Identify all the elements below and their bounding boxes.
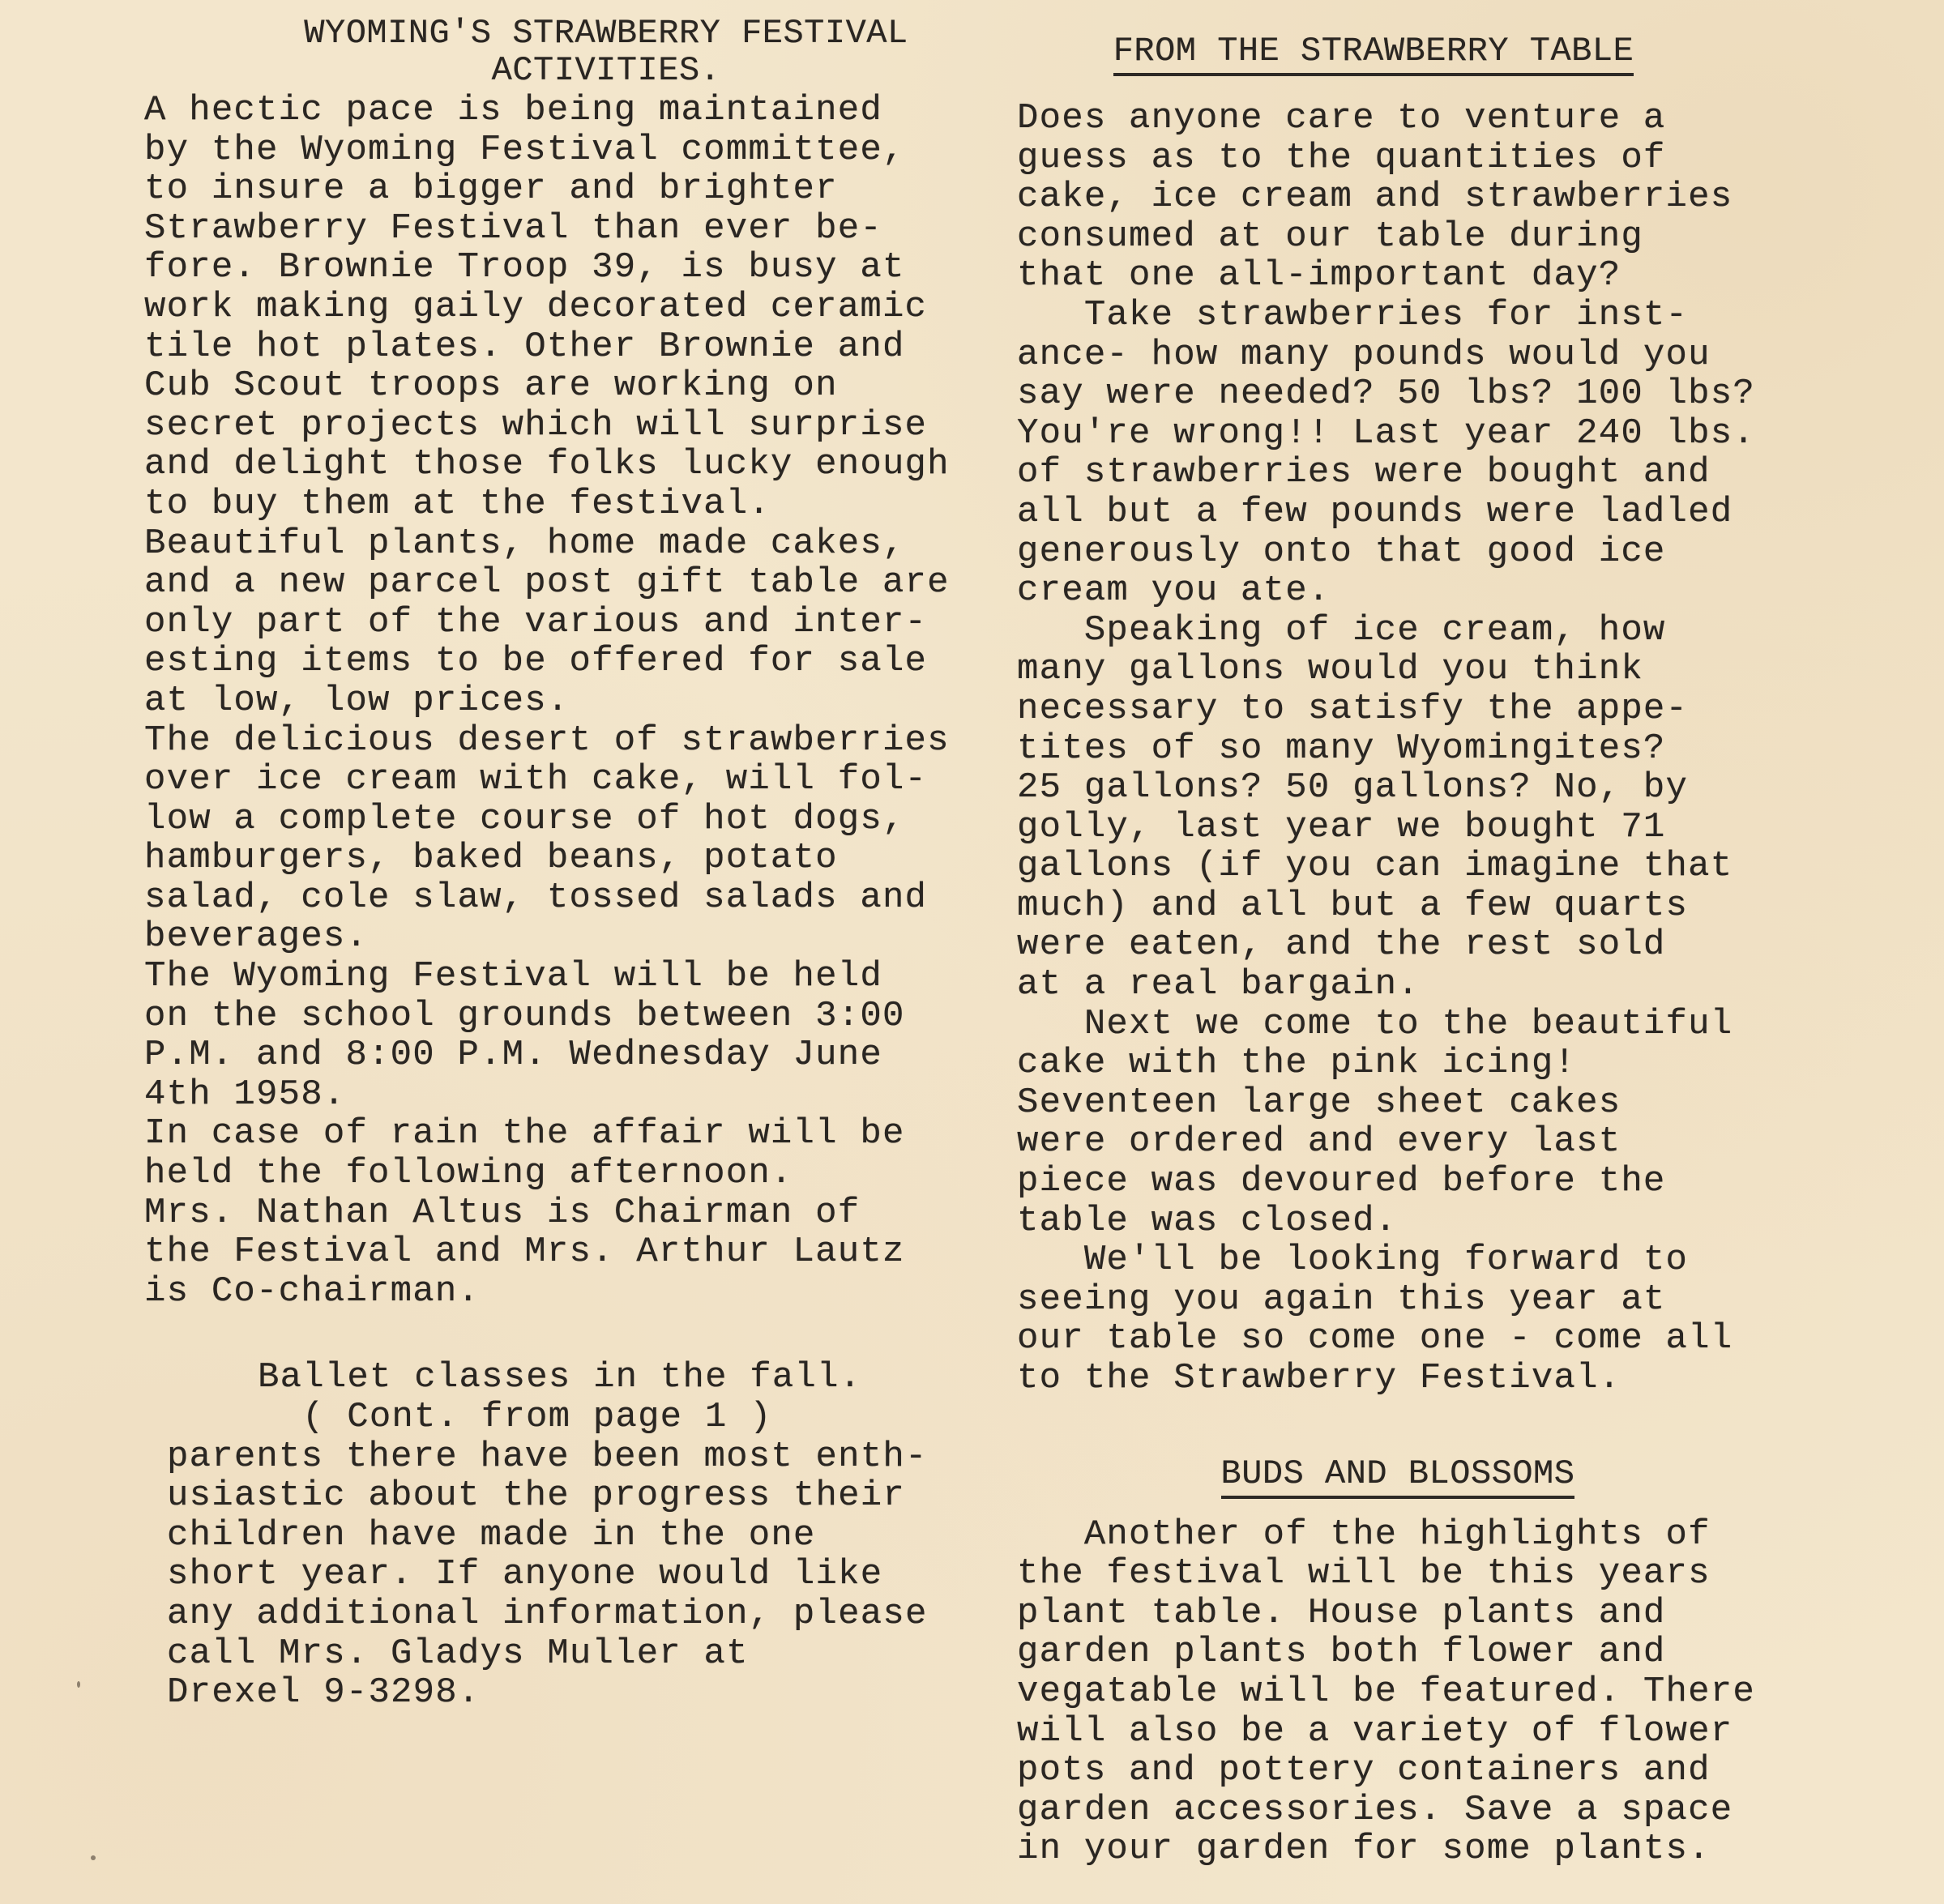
body-line: much) and all but a few quarts	[1017, 886, 1827, 926]
body-line: ance- how many pounds would you	[1017, 335, 1827, 375]
body-line: Strawberry Festival than ever be-	[144, 209, 1019, 249]
body-line: salad, cole slaw, tossed salads and	[144, 878, 1019, 918]
body-line: gallons (if you can imagine that	[1017, 847, 1827, 886]
body-line: any additional information, please	[167, 1594, 1019, 1634]
body-line: at low, low prices.	[144, 681, 1019, 721]
body-line: garden plants both flower and	[1017, 1633, 1827, 1672]
body-line: Speaking of ice cream, how	[1017, 611, 1827, 651]
body-line: A hectic pace is being maintained	[144, 91, 1019, 130]
body-line: guess as to the quantities of	[1017, 139, 1827, 178]
body-line: The Wyoming Festival will be held	[144, 957, 1019, 997]
body-line: call Mrs. Gladys Muller at	[167, 1634, 1019, 1674]
newsletter-page: WYOMING'S STRAWBERRY FESTIVAL ACTIVITIES…	[0, 0, 1944, 1904]
body-line: Mrs. Nathan Altus is Chairman of	[144, 1193, 1019, 1233]
right-column: FROM THE STRAWBERRY TABLE Does anyone ca…	[1017, 32, 1827, 1869]
body-line: Seventeen large sheet cakes	[1017, 1083, 1827, 1123]
left-column: WYOMING'S STRAWBERRY FESTIVAL ACTIVITIES…	[144, 15, 1019, 1713]
body-line: Another of the highlights of	[1017, 1515, 1827, 1555]
body-line: garden accessories. Save a space	[1017, 1791, 1827, 1830]
body-line: secret projects which will surprise	[144, 406, 1019, 446]
body-line: We'll be looking forward to	[1017, 1240, 1827, 1280]
body-line: tites of so many Wyomingites?	[1017, 729, 1827, 769]
body-line: only part of the various and inter-	[144, 603, 1019, 642]
body-line: and delight those folks lucky enough	[144, 445, 1019, 485]
body-line: Next we come to the beautiful	[1017, 1005, 1827, 1044]
body-line: Beautiful plants, home made cakes,	[144, 524, 1019, 564]
body-line: Does anyone care to venture a	[1017, 99, 1827, 139]
body-line: by the Wyoming Festival committee,	[144, 130, 1019, 170]
article-title: BUDS AND BLOSSOMS	[1221, 1455, 1575, 1499]
body-line: Drexel 9-3298.	[167, 1673, 1019, 1713]
body-line: golly, last year we bought 71	[1017, 808, 1827, 847]
body-line: low a complete course of hot dogs,	[144, 800, 1019, 839]
body-line: In case of rain the affair will be	[144, 1114, 1019, 1154]
article-ballet-classes: Ballet classes in the fall. ( Cont. from…	[144, 1358, 1019, 1712]
body-line: pots and pottery containers and	[1017, 1751, 1827, 1791]
paper-speck	[91, 1855, 96, 1860]
body-line: were eaten, and the rest sold	[1017, 925, 1827, 965]
body-line: seeing you again this year at	[1017, 1280, 1827, 1320]
article-body: Another of the highlights of the festiva…	[1017, 1515, 1827, 1869]
body-line: the festival will be this years	[1017, 1554, 1827, 1594]
article-body: parents there have been most enth- usias…	[144, 1437, 1019, 1713]
body-line: the Festival and Mrs. Arthur Lautz	[144, 1232, 1019, 1272]
article-title-line-1: WYOMING'S STRAWBERRY FESTIVAL	[193, 15, 1019, 52]
article-strawberry-festival-activities: WYOMING'S STRAWBERRY FESTIVAL ACTIVITIES…	[144, 15, 1019, 1311]
article-buds-and-blossoms: BUDS AND BLOSSOMS Another of the highlig…	[1017, 1455, 1827, 1869]
body-line: all but a few pounds were ladled	[1017, 493, 1827, 532]
body-line: You're wrong!! Last year 240 lbs.	[1017, 414, 1827, 454]
body-line: many gallons would you think	[1017, 650, 1827, 689]
body-line: necessary to satisfy the appe-	[1017, 689, 1827, 729]
body-line: short year. If anyone would like	[167, 1555, 1019, 1594]
article-title-line-2: ACTIVITIES.	[193, 52, 1019, 89]
body-line: and a new parcel post gift table are	[144, 563, 1019, 603]
article-body: Does anyone care to venture a guess as t…	[1017, 99, 1827, 1398]
body-line: cake, ice cream and strawberries	[1017, 177, 1827, 217]
body-line: parents there have been most enth-	[167, 1437, 1019, 1477]
body-line: fore. Brownie Troop 39, is busy at	[144, 248, 1019, 288]
body-line: Take strawberries for inst-	[1017, 296, 1827, 335]
body-line: The delicious desert of strawberries	[144, 721, 1019, 761]
body-line: at a real bargain.	[1017, 965, 1827, 1005]
body-line: children have made in the one	[167, 1516, 1019, 1556]
body-line: generously onto that good ice	[1017, 532, 1827, 572]
body-line: our table so come one - come all	[1017, 1319, 1827, 1359]
body-line: esting items to be offered for sale	[144, 642, 1019, 681]
body-line: cream you ate.	[1017, 571, 1827, 611]
body-line: over ice cream with cake, will fol-	[144, 760, 1019, 800]
body-line: will also be a variety of flower	[1017, 1712, 1827, 1752]
body-line: piece was devoured before the	[1017, 1162, 1827, 1202]
body-line: table was closed.	[1017, 1202, 1827, 1241]
body-line: to buy them at the festival.	[144, 485, 1019, 524]
body-line: consumed at our table during	[1017, 217, 1827, 257]
body-line: vegatable will be featured. There	[1017, 1672, 1827, 1712]
body-line: beverages.	[144, 917, 1019, 957]
body-line: on the school grounds between 3:00	[144, 997, 1019, 1036]
article-title: FROM THE STRAWBERRY TABLE	[1113, 32, 1634, 76]
body-line: plant table. House plants and	[1017, 1594, 1827, 1633]
body-line: 4th 1958.	[144, 1075, 1019, 1115]
body-line: held the following afternoon.	[144, 1154, 1019, 1193]
body-line: that one all-important day?	[1017, 256, 1827, 296]
body-line: Cub Scout troops are working on	[144, 366, 1019, 406]
body-line: of strawberries were bought and	[1017, 453, 1827, 493]
paper-speck	[77, 1681, 80, 1688]
article-body: A hectic pace is being maintained by the…	[144, 91, 1019, 1311]
continuation-note: ( Cont. from page 1 )	[144, 1398, 1019, 1437]
body-line: work making gaily decorated ceramic	[144, 288, 1019, 327]
body-line: usiastic about the progress their	[167, 1476, 1019, 1516]
body-line: in your garden for some plants.	[1017, 1829, 1827, 1869]
body-line: hamburgers, baked beans, potato	[144, 839, 1019, 878]
body-line: were ordered and every last	[1017, 1122, 1827, 1162]
body-line: say were needed? 50 lbs? 100 lbs?	[1017, 374, 1827, 414]
body-line: cake with the pink icing!	[1017, 1044, 1827, 1083]
article-strawberry-table: FROM THE STRAWBERRY TABLE Does anyone ca…	[1017, 32, 1827, 1398]
body-line: is Co-chairman.	[144, 1272, 1019, 1312]
body-line: tile hot plates. Other Brownie and	[144, 327, 1019, 367]
body-line: to the Strawberry Festival.	[1017, 1359, 1827, 1398]
article-title: Ballet classes in the fall.	[144, 1358, 1019, 1398]
body-line: P.M. and 8:00 P.M. Wednesday June	[144, 1035, 1019, 1075]
body-line: to insure a bigger and brighter	[144, 169, 1019, 209]
body-line: 25 gallons? 50 gallons? No, by	[1017, 768, 1827, 808]
